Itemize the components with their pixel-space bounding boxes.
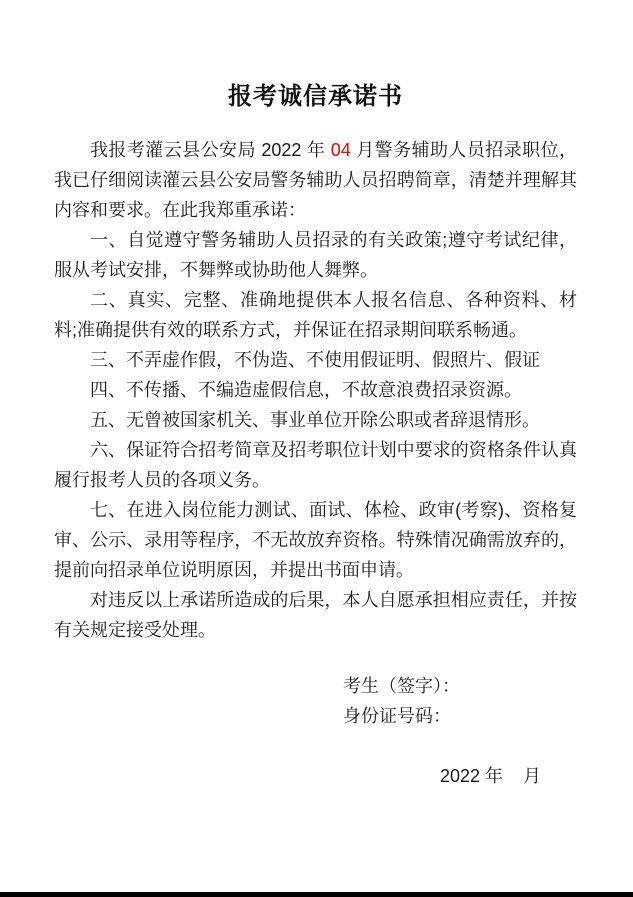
clause-paragraph-4: 四、不传播、不编造虚假信息，不故意浪费招录资源。 xyxy=(54,375,577,405)
clause-paragraph-2: 二、真实、完整、准确地提供本人报名信息、各种资料、材料;准确提供有效的联系方式，… xyxy=(54,285,577,345)
id-number-label: 身份证号码： xyxy=(343,701,577,731)
clause-paragraph-7: 七、在进入岗位能力测试、面试、体检、政审(考察)、资格复审、公示、录用等程序，不… xyxy=(54,495,577,585)
clause-paragraph-1: 一、自觉遵守警务辅助人员招录的有关政策;遵守考试纪律，服从考试安排，不舞弊或协助… xyxy=(54,225,577,285)
recruitment-month-highlight: 04 xyxy=(331,140,351,160)
date-line: 2022 年 月 xyxy=(440,761,577,791)
closing-paragraph: 对违反以上承诺所造成的后果，本人自愿承担相应责任，并按有关规定接受处理。 xyxy=(54,585,577,645)
signer-signature-label: 考生（签字）： xyxy=(343,671,577,701)
clause-paragraph-3: 三、不弄虚作假，不伪造、不使用假证明、假照片、假证 xyxy=(54,345,577,375)
document-title: 报考诚信承诺书 xyxy=(54,81,577,113)
clause-paragraph-6: 六、保证符合招考简章及招考职位计划中要求的资格条件认真履行报考人员的各项义务。 xyxy=(54,435,577,495)
clause-paragraph-5: 五、无曾被国家机关、事业单位开除公职或者辞退情形。 xyxy=(54,405,577,435)
intro-paragraph: 我报考灌云县公安局 2022 年 04 月警务辅助人员招录职位，我已仔细阅读灌云… xyxy=(54,135,577,225)
document-page: 报考诚信承诺书 我报考灌云县公安局 2022 年 04 月警务辅助人员招录职位，… xyxy=(0,0,633,897)
signature-block: 考生（签字）： 身份证号码： xyxy=(343,671,577,731)
intro-text-before: 我报考灌云县公安局 2022 年 xyxy=(90,140,331,160)
page-bottom-border xyxy=(0,892,633,897)
document-content: 报考诚信承诺书 我报考灌云县公安局 2022 年 04 月警务辅助人员招录职位，… xyxy=(54,0,577,791)
